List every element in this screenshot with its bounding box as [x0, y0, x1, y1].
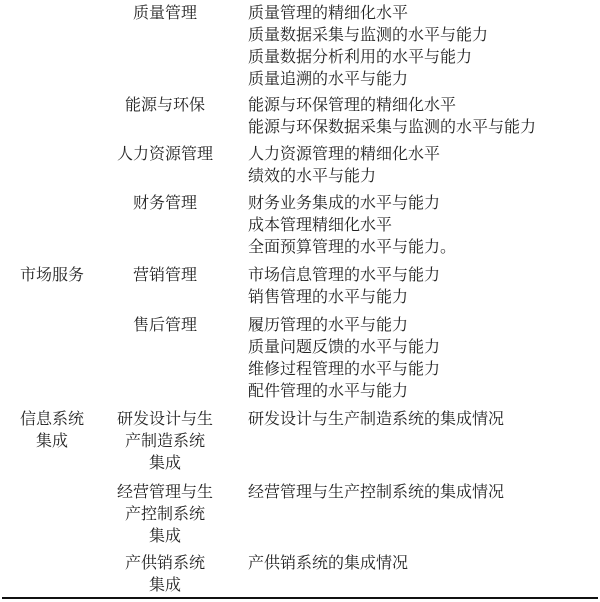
indicator-cell: 能源与环保管理的精细化水平 能源与环保数据采集与监测的水平与能力: [248, 94, 598, 138]
sub-category-label: 售后管理: [104, 314, 226, 336]
indicator-item: 维修过程管理的水平与能力: [248, 358, 598, 380]
indicator-item: 质量数据采集与监测的水平与能力: [248, 24, 598, 46]
indicator-item: 履历管理的水平与能力: [248, 314, 598, 336]
category-label: 集成: [6, 430, 98, 452]
indicator-item: 能源与环保管理的精细化水平: [248, 94, 598, 116]
sub-category-label: 集成: [104, 452, 226, 474]
sub-category-label: 财务管理: [104, 192, 226, 214]
sub-category-cell: 人力资源管理: [104, 143, 226, 165]
sub-category-label: 质量管理: [104, 2, 226, 24]
indicator-item: 能源与环保数据采集与监测的水平与能力: [248, 116, 598, 138]
indicator-item: 质量数据分析利用的水平与能力: [248, 46, 598, 68]
sub-category-cell: 研发设计与生 产制造系统 集成: [104, 408, 226, 474]
sub-category-cell: 产供销系统 集成: [104, 552, 226, 596]
sub-category-cell: 售后管理: [104, 314, 226, 336]
indicator-item: 全面预算管理的水平与能力。: [248, 236, 598, 258]
indicator-item: 人力资源管理的精细化水平: [248, 143, 598, 165]
category-label: 市场服务: [6, 264, 98, 286]
indicator-cell: 市场信息管理的水平与能力 销售管理的水平与能力: [248, 264, 598, 308]
indicator-item: 经营管理与生产控制系统的集成情况: [248, 481, 598, 503]
sub-category-cell: 营销管理: [104, 264, 226, 286]
indicator-item: 配件管理的水平与能力: [248, 380, 598, 402]
indicator-item: 产供销系统的集成情况: [248, 552, 598, 574]
indicator-cell: 财务业务集成的水平与能力 成本管理精细化水平 全面预算管理的水平与能力。: [248, 192, 598, 258]
indicator-item: 质量问题反馈的水平与能力: [248, 336, 598, 358]
indicator-cell: 人力资源管理的精细化水平 绩效的水平与能力: [248, 143, 598, 187]
sub-category-cell: 财务管理: [104, 192, 226, 214]
category-label: 信息系统: [6, 408, 98, 430]
sub-category-label: 研发设计与生: [104, 408, 226, 430]
indicator-item: 成本管理精细化水平: [248, 214, 598, 236]
indicator-item: 绩效的水平与能力: [248, 165, 598, 187]
indicator-cell: 履历管理的水平与能力 质量问题反馈的水平与能力 维修过程管理的水平与能力 配件管…: [248, 314, 598, 402]
sub-category-label: 营销管理: [104, 264, 226, 286]
sub-category-label: 集成: [104, 525, 226, 547]
sub-category-label: 产供销系统: [104, 552, 226, 574]
indicator-item: 财务业务集成的水平与能力: [248, 192, 598, 214]
indicator-item: 销售管理的水平与能力: [248, 286, 598, 308]
indicator-item: 市场信息管理的水平与能力: [248, 264, 598, 286]
sub-category-label: 能源与环保: [104, 94, 226, 116]
indicator-cell: 质量管理的精细化水平 质量数据采集与监测的水平与能力 质量数据分析利用的水平与能…: [248, 2, 598, 90]
sub-category-cell: 质量管理: [104, 2, 226, 24]
indicator-cell: 产供销系统的集成情况: [248, 552, 598, 574]
sub-category-label: 产控制系统: [104, 503, 226, 525]
sub-category-cell: 能源与环保: [104, 94, 226, 116]
category-cell: 信息系统 集成: [6, 408, 98, 452]
sub-category-label: 集成: [104, 574, 226, 596]
sub-category-cell: 经营管理与生 产控制系统 集成: [104, 481, 226, 547]
sub-category-label: 产制造系统: [104, 430, 226, 452]
table-bottom-rule: [2, 597, 598, 599]
indicator-item: 质量管理的精细化水平: [248, 2, 598, 24]
indicator-item: 研发设计与生产制造系统的集成情况: [248, 408, 598, 430]
category-cell: 市场服务: [6, 264, 98, 286]
sub-category-label: 人力资源管理: [104, 143, 226, 165]
sub-category-label: 经营管理与生: [104, 481, 226, 503]
indicator-item: 质量追溯的水平与能力: [248, 68, 598, 90]
indicator-cell: 研发设计与生产制造系统的集成情况: [248, 408, 598, 430]
indicator-cell: 经营管理与生产控制系统的集成情况: [248, 481, 598, 503]
